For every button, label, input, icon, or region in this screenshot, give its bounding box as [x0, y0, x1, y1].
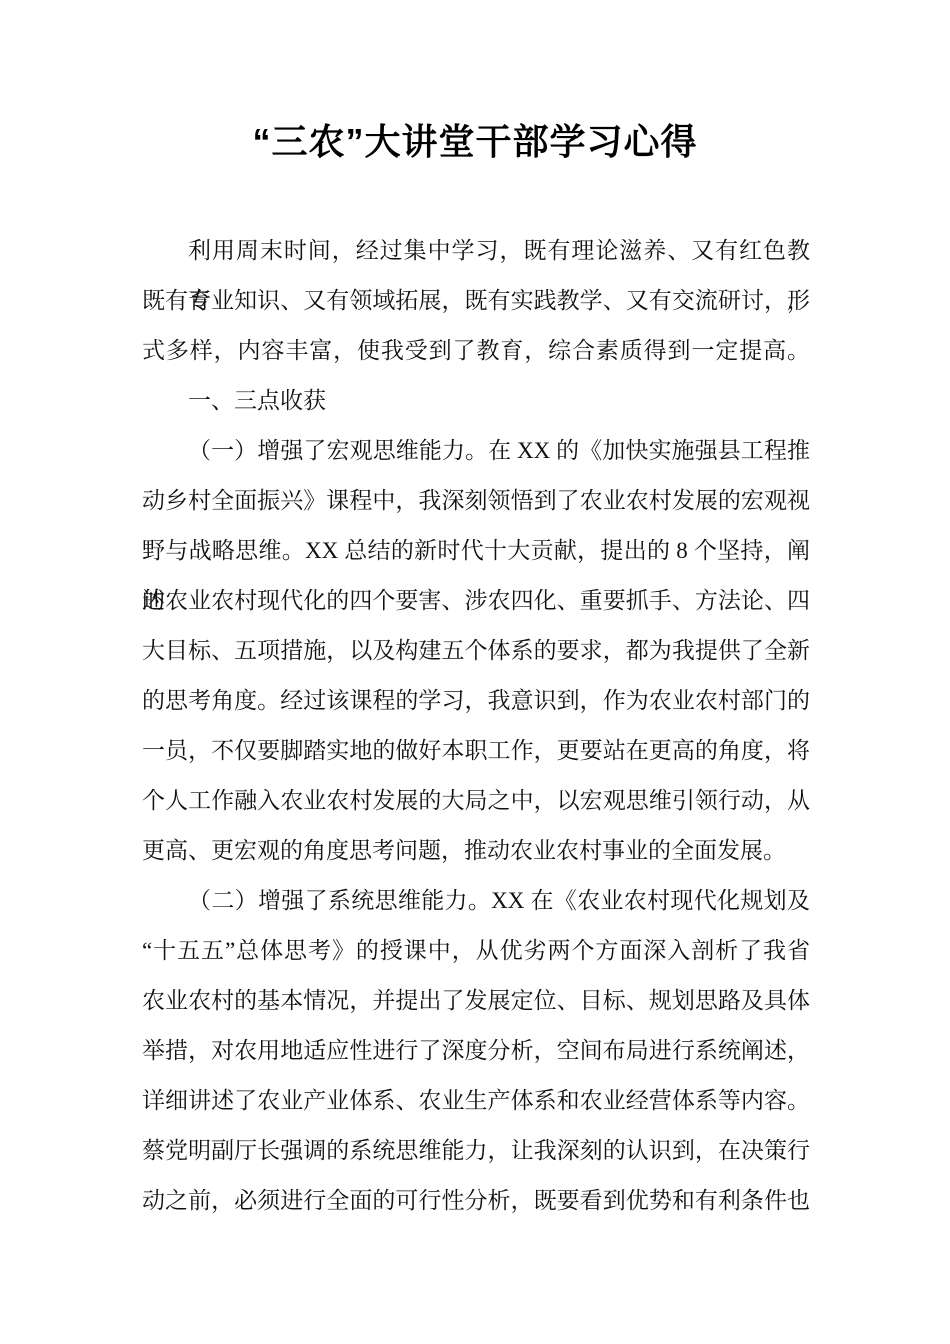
text-line: （一）增强了宏观思维能力。在 XX 的《加快实施强县工程推	[142, 426, 810, 476]
text-line: 更高、更宏观的角度思考问题，推动农业农村事业的全面发展。	[142, 826, 810, 876]
paragraph: 利用周末时间，经过集中学习，既有理论滋养、又有红色教育，既有专业知识、又有领域拓…	[142, 226, 810, 376]
text-line: 详细讲述了农业产业体系、农业生产体系和农业经营体系等内容。	[142, 1076, 810, 1126]
paragraph: （一）增强了宏观思维能力。在 XX 的《加快实施强县工程推动乡村全面振兴》课程中…	[142, 426, 810, 876]
text-line: 既有专业知识、又有领域拓展，既有实践教学、又有交流研讨，形	[142, 276, 810, 326]
document-body: 利用周末时间，经过集中学习，既有理论滋养、又有红色教育，既有专业知识、又有领域拓…	[0, 226, 950, 1226]
paragraph: （二）增强了系统思维能力。XX 在《农业农村现代化规划及“十五五”总体思考》的授…	[142, 876, 810, 1226]
text-line: 式多样，内容丰富，使我受到了教育，综合素质得到一定提高。	[142, 326, 810, 376]
text-line: 的思考角度。经过该课程的学习，我意识到，作为农业农村部门的	[142, 676, 810, 726]
section-heading: 一、三点收获	[142, 376, 810, 426]
text-line: “十五五”总体思考》的授课中，从优劣两个方面深入剖析了我省	[142, 926, 810, 976]
document-title: “三农”大讲堂干部学习心得	[0, 0, 950, 167]
text-line: 农业农村的基本情况，并提出了发展定位、目标、规划思路及具体	[142, 976, 810, 1026]
section-heading-line: 一、三点收获	[142, 376, 810, 426]
text-line: 蔡党明副厅长强调的系统思维能力，让我深刻的认识到，在决策行	[142, 1126, 810, 1176]
text-line: 大目标、五项措施，以及构建五个体系的要求，都为我提供了全新	[142, 626, 810, 676]
text-line: 的农业农村现代化的四个要害、涉农四化、重要抓手、方法论、四	[142, 576, 810, 626]
text-line: 个人工作融入农业农村发展的大局之中，以宏观思维引领行动，从	[142, 776, 810, 826]
text-line: 利用周末时间，经过集中学习，既有理论滋养、又有红色教育，	[142, 226, 810, 276]
text-line: 野与战略思维。XX 总结的新时代十大贡献，提出的 8 个坚持，阐述	[142, 526, 810, 576]
text-line: 举措，对农用地适应性进行了深度分析，空间布局进行系统阐述，	[142, 1026, 810, 1076]
text-line: （二）增强了系统思维能力。XX 在《农业农村现代化规划及	[142, 876, 810, 926]
text-line: 动乡村全面振兴》课程中，我深刻领悟到了农业农村发展的宏观视	[142, 476, 810, 526]
text-line: 动之前，必须进行全面的可行性分析，既要看到优势和有利条件也	[142, 1176, 810, 1226]
document-page: “三农”大讲堂干部学习心得 利用周末时间，经过集中学习，既有理论滋养、又有红色教…	[0, 0, 950, 1344]
text-line: 一员，不仅要脚踏实地的做好本职工作，更要站在更高的角度，将	[142, 726, 810, 776]
